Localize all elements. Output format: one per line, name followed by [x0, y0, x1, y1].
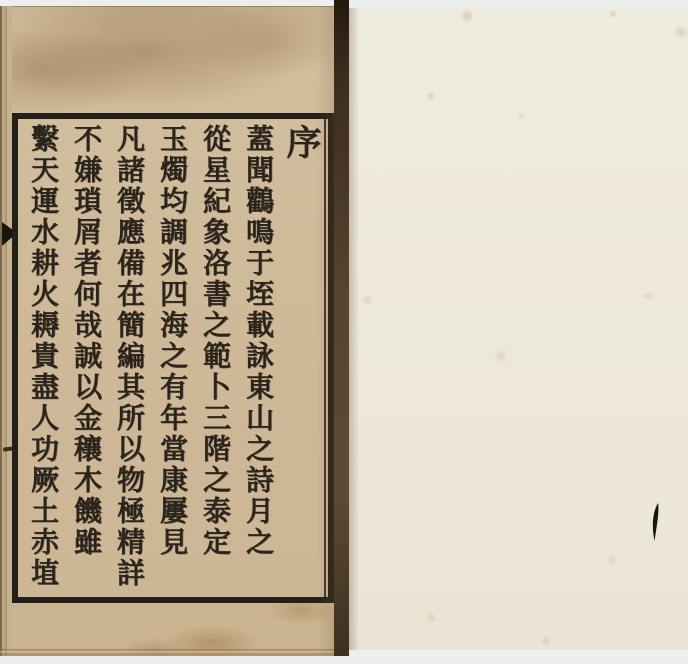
text-column-5: 不嫌瑣屑者何哉誠以金穰木饑雖 [65, 124, 108, 592]
right-page-blank [349, 8, 688, 650]
page-bottom-edge [0, 649, 342, 656]
text-column-2: 從星紀象洛書之範卜三階之泰定 [194, 124, 237, 592]
text-column-1: 蓋聞鸛鳴于垤載詠東山之詩月之 [237, 124, 280, 592]
text-column-3: 玉燭均調兆四海之有年當康屢見 [151, 124, 194, 592]
page-edge-stripes [0, 6, 12, 656]
text-frame: 序 蓋聞鸛鳴于垤載詠東山之詩月之 從星紀象洛書之範卜三階之泰定 玉燭均調兆四海之… [12, 113, 334, 603]
left-page: 序 蓋聞鸛鳴于垤載詠東山之詩月之 從星紀象洛書之範卜三階之泰定 玉燭均調兆四海之… [0, 6, 342, 656]
book-photo: 序 蓋聞鸛鳴于垤載詠東山之詩月之 從星紀象洛書之範卜三階之泰定 玉燭均調兆四海之… [0, 0, 688, 664]
frame-inner-line [324, 119, 326, 597]
ink-mark [648, 502, 664, 544]
text-column-6: 繫天運水耕火耨貴盡人功厥土赤埴 [22, 124, 65, 592]
book-spine-gap [334, 0, 349, 656]
text-column-4: 凡諸徵應備在簡編其所以物極精詳 [108, 124, 151, 592]
preface-title: 序 [280, 124, 323, 592]
text-columns: 序 蓋聞鸛鳴于垤載詠東山之詩月之 從星紀象洛書之範卜三階之泰定 玉燭均調兆四海之… [18, 119, 328, 597]
